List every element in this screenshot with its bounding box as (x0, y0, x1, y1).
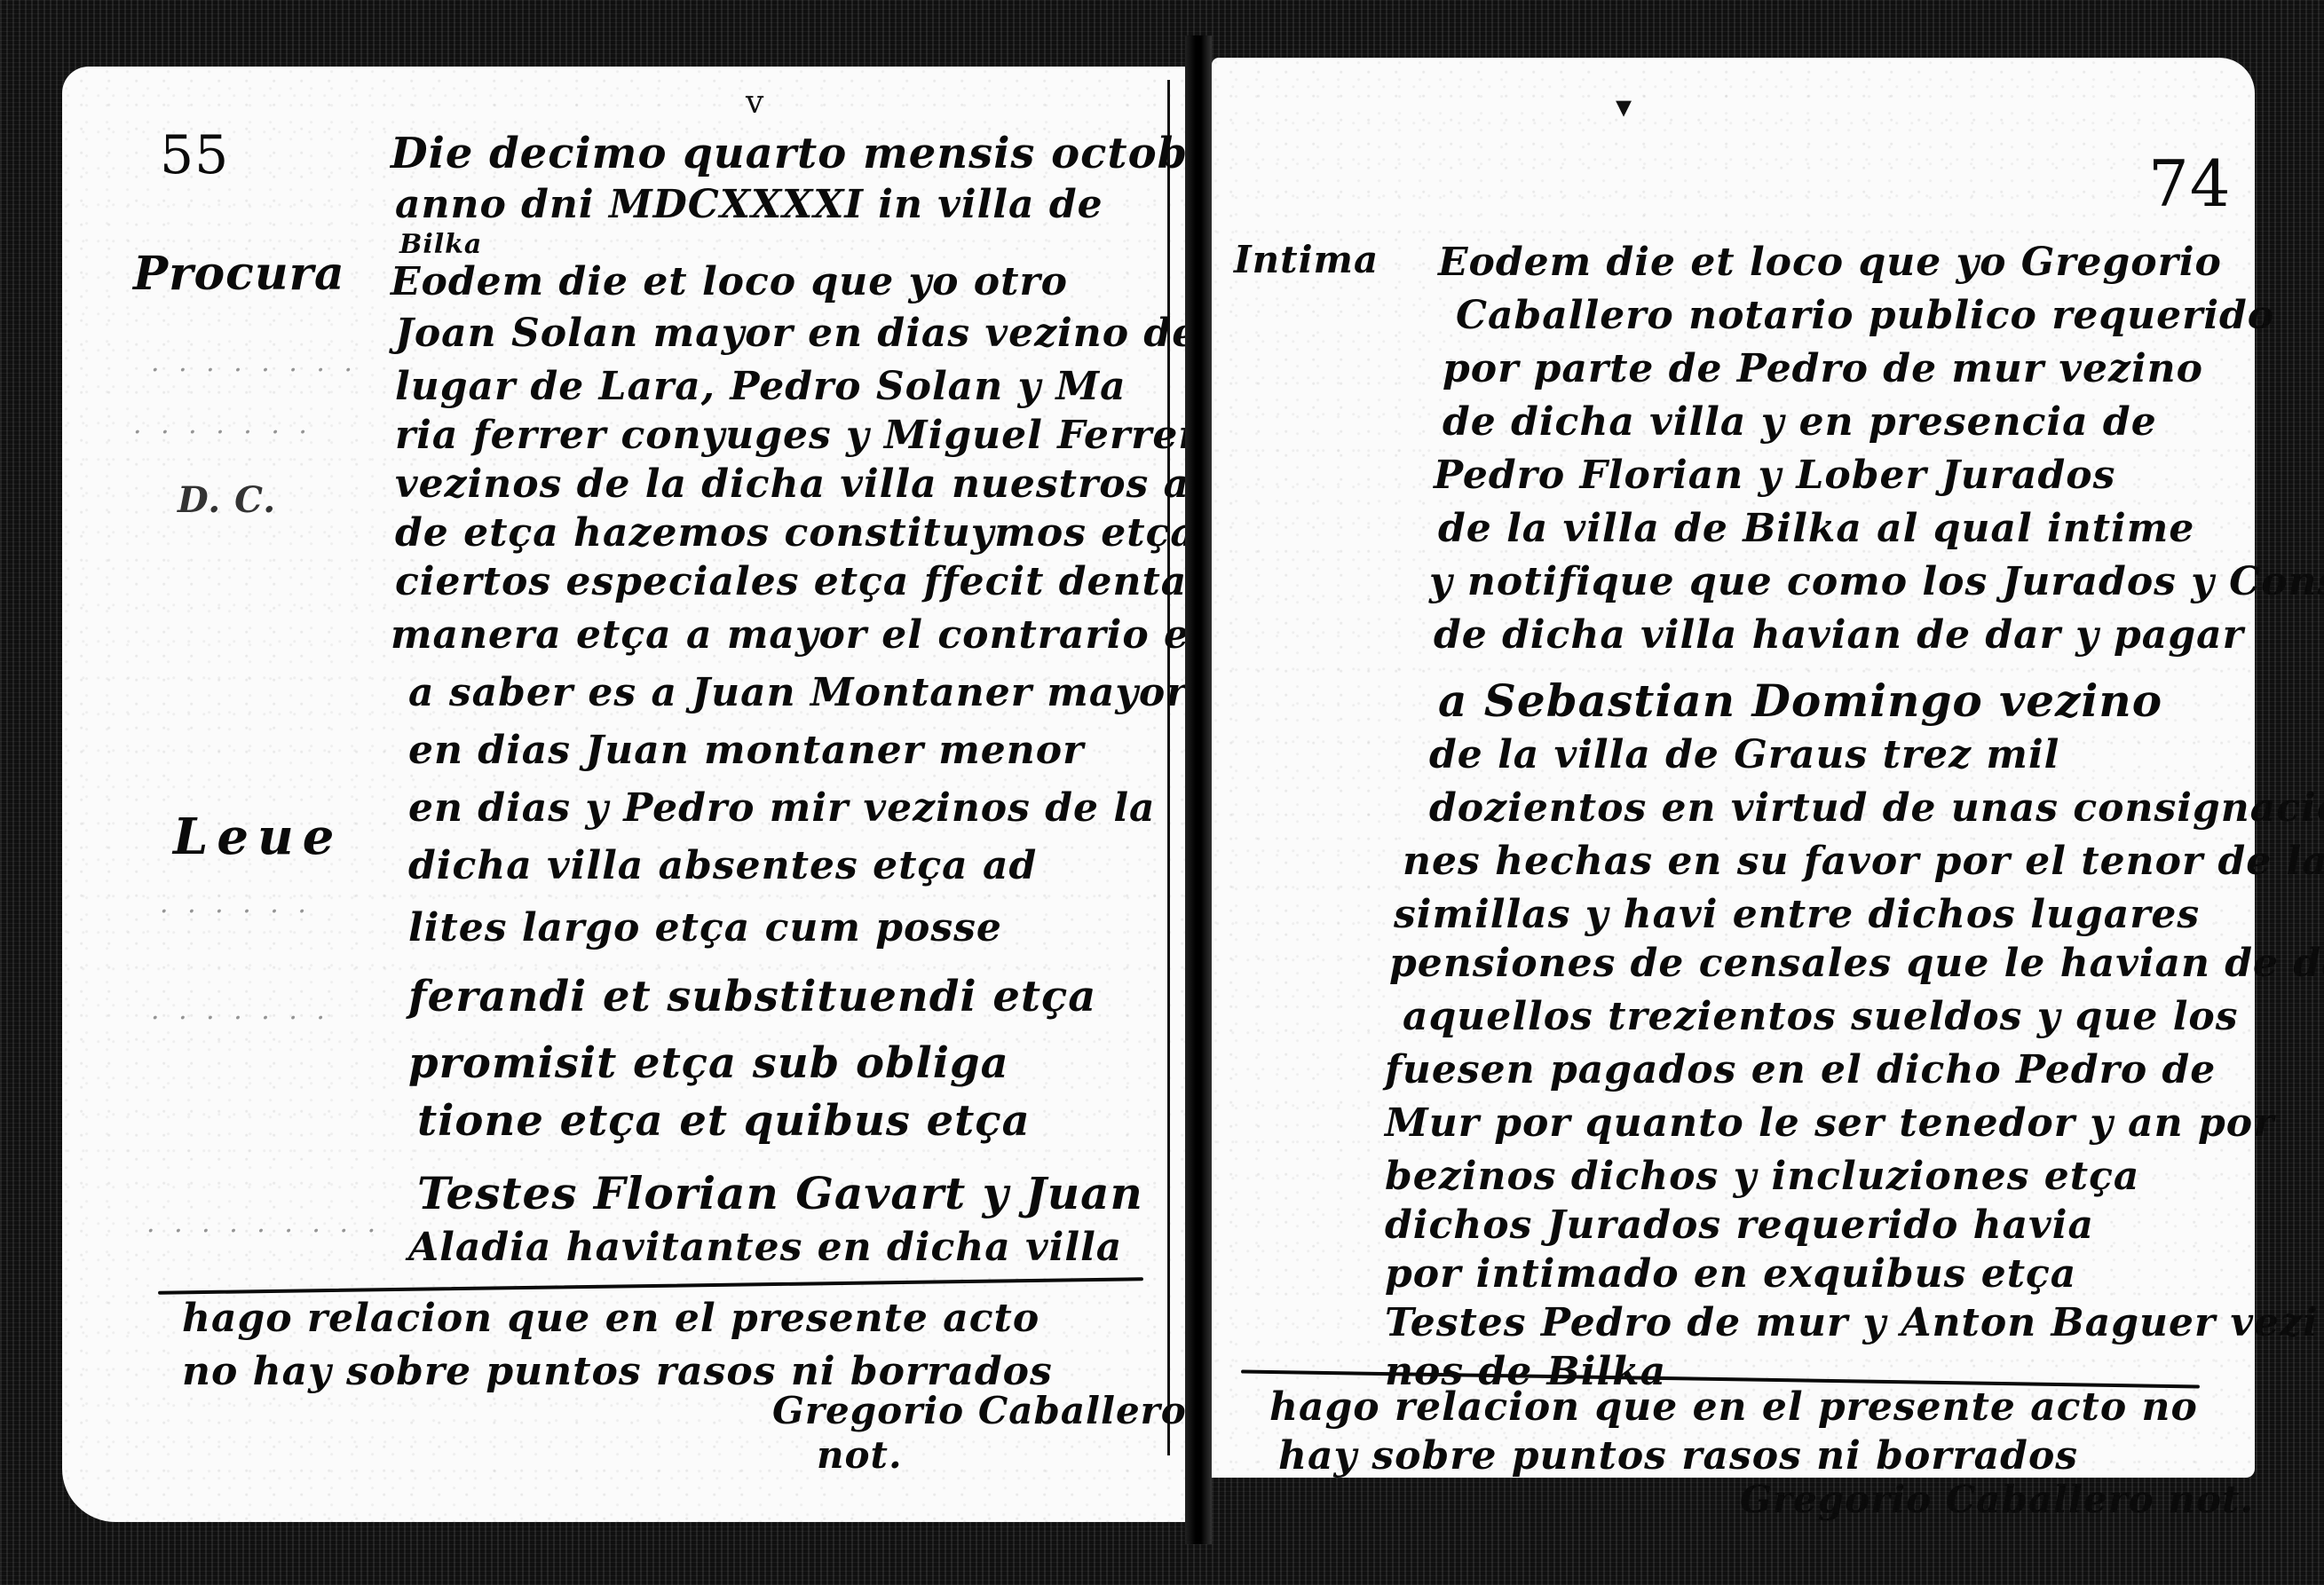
margin-faint-5: · · · · · · · · · (146, 1216, 381, 1247)
right-line-17: Mur por quanto le ser tenedor y an por (1385, 1100, 2274, 1146)
left-line-4: Eodem die et loco que yo otro (391, 259, 1068, 304)
left-line-18: promisit etça sub obliga (408, 1038, 1009, 1088)
left-line-20: Testes Florian Gavart y Juan (417, 1167, 1143, 1219)
right-line-5: Pedro Florian y Lober Jurados (1434, 453, 2115, 498)
left-line-15: dicha villa absentes etça ad (408, 843, 1037, 888)
left-signature-title: not. (817, 1433, 903, 1477)
right-line-14: pensiones de censales que le havian de d… (1389, 941, 2324, 986)
margin-faint-2: · · · · · · · (133, 417, 312, 448)
left-line-12: a saber es a Juan Montaner mayor (408, 670, 1187, 715)
margin-faint-1: · · · · · · · · (151, 355, 358, 386)
right-folio-number: 74 (2148, 146, 2232, 221)
left-line-11: manera etça a mayor el contrario etça (391, 612, 1260, 658)
right-line-9: a Sebastian Domingo vezino (1438, 674, 2162, 727)
right-line-4: de dicha villa y en presencia de (1443, 399, 2157, 445)
right-line-2: Caballero notario publico requerido (1456, 293, 2274, 338)
left-line-16: lites largo etça cum posse (408, 905, 1002, 950)
margin-faint-4: · · · · · · · (151, 1003, 330, 1034)
right-line-8: de dicha villa havian de dar y pagar (1434, 612, 2244, 658)
left-line-5: Joan Solan mayor en dias vezino del (395, 311, 1213, 356)
book-gutter (1185, 35, 1212, 1544)
left-folio-number: 55 (160, 124, 229, 186)
left-line-14: en dias y Pedro mir vezinos de la (408, 785, 1156, 831)
right-line-18: bezinos dichos y incluziones etça (1385, 1154, 2139, 1199)
right-line-1: Eodem die et loco que yo Gregorio (1438, 240, 2222, 285)
left-line-19: tione etça et quibus etça (417, 1096, 1031, 1146)
left-closing-2: no hay sobre puntos rasos ni borrados (182, 1349, 1053, 1394)
right-line-21: Testes Pedro de mur y Anton Baguer vezi (1385, 1300, 2319, 1345)
left-line-13: en dias Juan montaner menor (408, 728, 1084, 773)
right-top-mark: ▾ (1616, 89, 1632, 125)
right-closing-2: hay sobre puntos rasos ni borrados (1278, 1433, 2078, 1479)
right-line-6: de la villa de Bilka al qual intime (1438, 506, 2194, 551)
right-line-11: dozientos en virtud de unas consignacio (1429, 785, 2324, 831)
right-closing-1: hago relacion que en el presente acto no (1269, 1384, 2198, 1430)
margin-faint-3: · · · · · · (160, 896, 312, 927)
left-line-1: Die decimo quarto mensis octobris (391, 129, 1253, 178)
margin-note-lower: Leue (173, 808, 343, 866)
left-line-10: ciertos especiales etça ffecit dental (395, 559, 1203, 604)
right-line-15: aquellos trezientos sueldos y que los (1403, 994, 2239, 1039)
left-signature-name: Gregorio Caballero (772, 1389, 1187, 1432)
right-line-10: de la villa de Graus trez mil (1429, 732, 2059, 777)
right-line-3: por parte de Pedro de mur vezino (1443, 346, 2203, 391)
right-line-12: nes hechas en su favor por el tenor de l… (1403, 839, 2324, 884)
left-line-8: vezinos de la dicha villa nuestros an (395, 461, 1219, 507)
left-line-7: ria ferrer conyuges y Miguel Ferrer (395, 413, 1200, 458)
left-line-2: anno dni MDCXXXXI in villa de (395, 182, 1103, 227)
right-line-16: fuesen pagados en el dicho Pedro de (1385, 1047, 2216, 1092)
left-line-9: de etça hazemos constituymos etça (395, 510, 1197, 556)
right-signature: Gregorio Caballero not. (1740, 1478, 2254, 1521)
right-line-13: simillas y havi entre dichos lugares (1394, 892, 2200, 937)
left-line-6: lugar de Lara, Pedro Solan y Ma (395, 364, 1126, 409)
left-line-21: Aladia havitantes en dicha villa (408, 1225, 1122, 1270)
margin-note-procura: Procura (133, 247, 345, 301)
right-line-7: y notifique que como los Jurados y Conse (1429, 559, 2324, 604)
left-line-3: Bilka (399, 229, 482, 260)
margin-sign: D. C. (178, 479, 276, 521)
right-line-20: por intimado en exquibus etça (1385, 1251, 2076, 1297)
left-line-17: ferandi et substituendi etça (408, 972, 1096, 1021)
left-page-edge (1167, 80, 1170, 1455)
right-line-19: dichos Jurados requerido havia (1385, 1203, 2094, 1248)
margin-note-intima: Intima (1234, 238, 1379, 281)
top-mark: v (746, 84, 763, 121)
left-closing-1: hago relacion que en el presente acto (182, 1296, 1039, 1341)
